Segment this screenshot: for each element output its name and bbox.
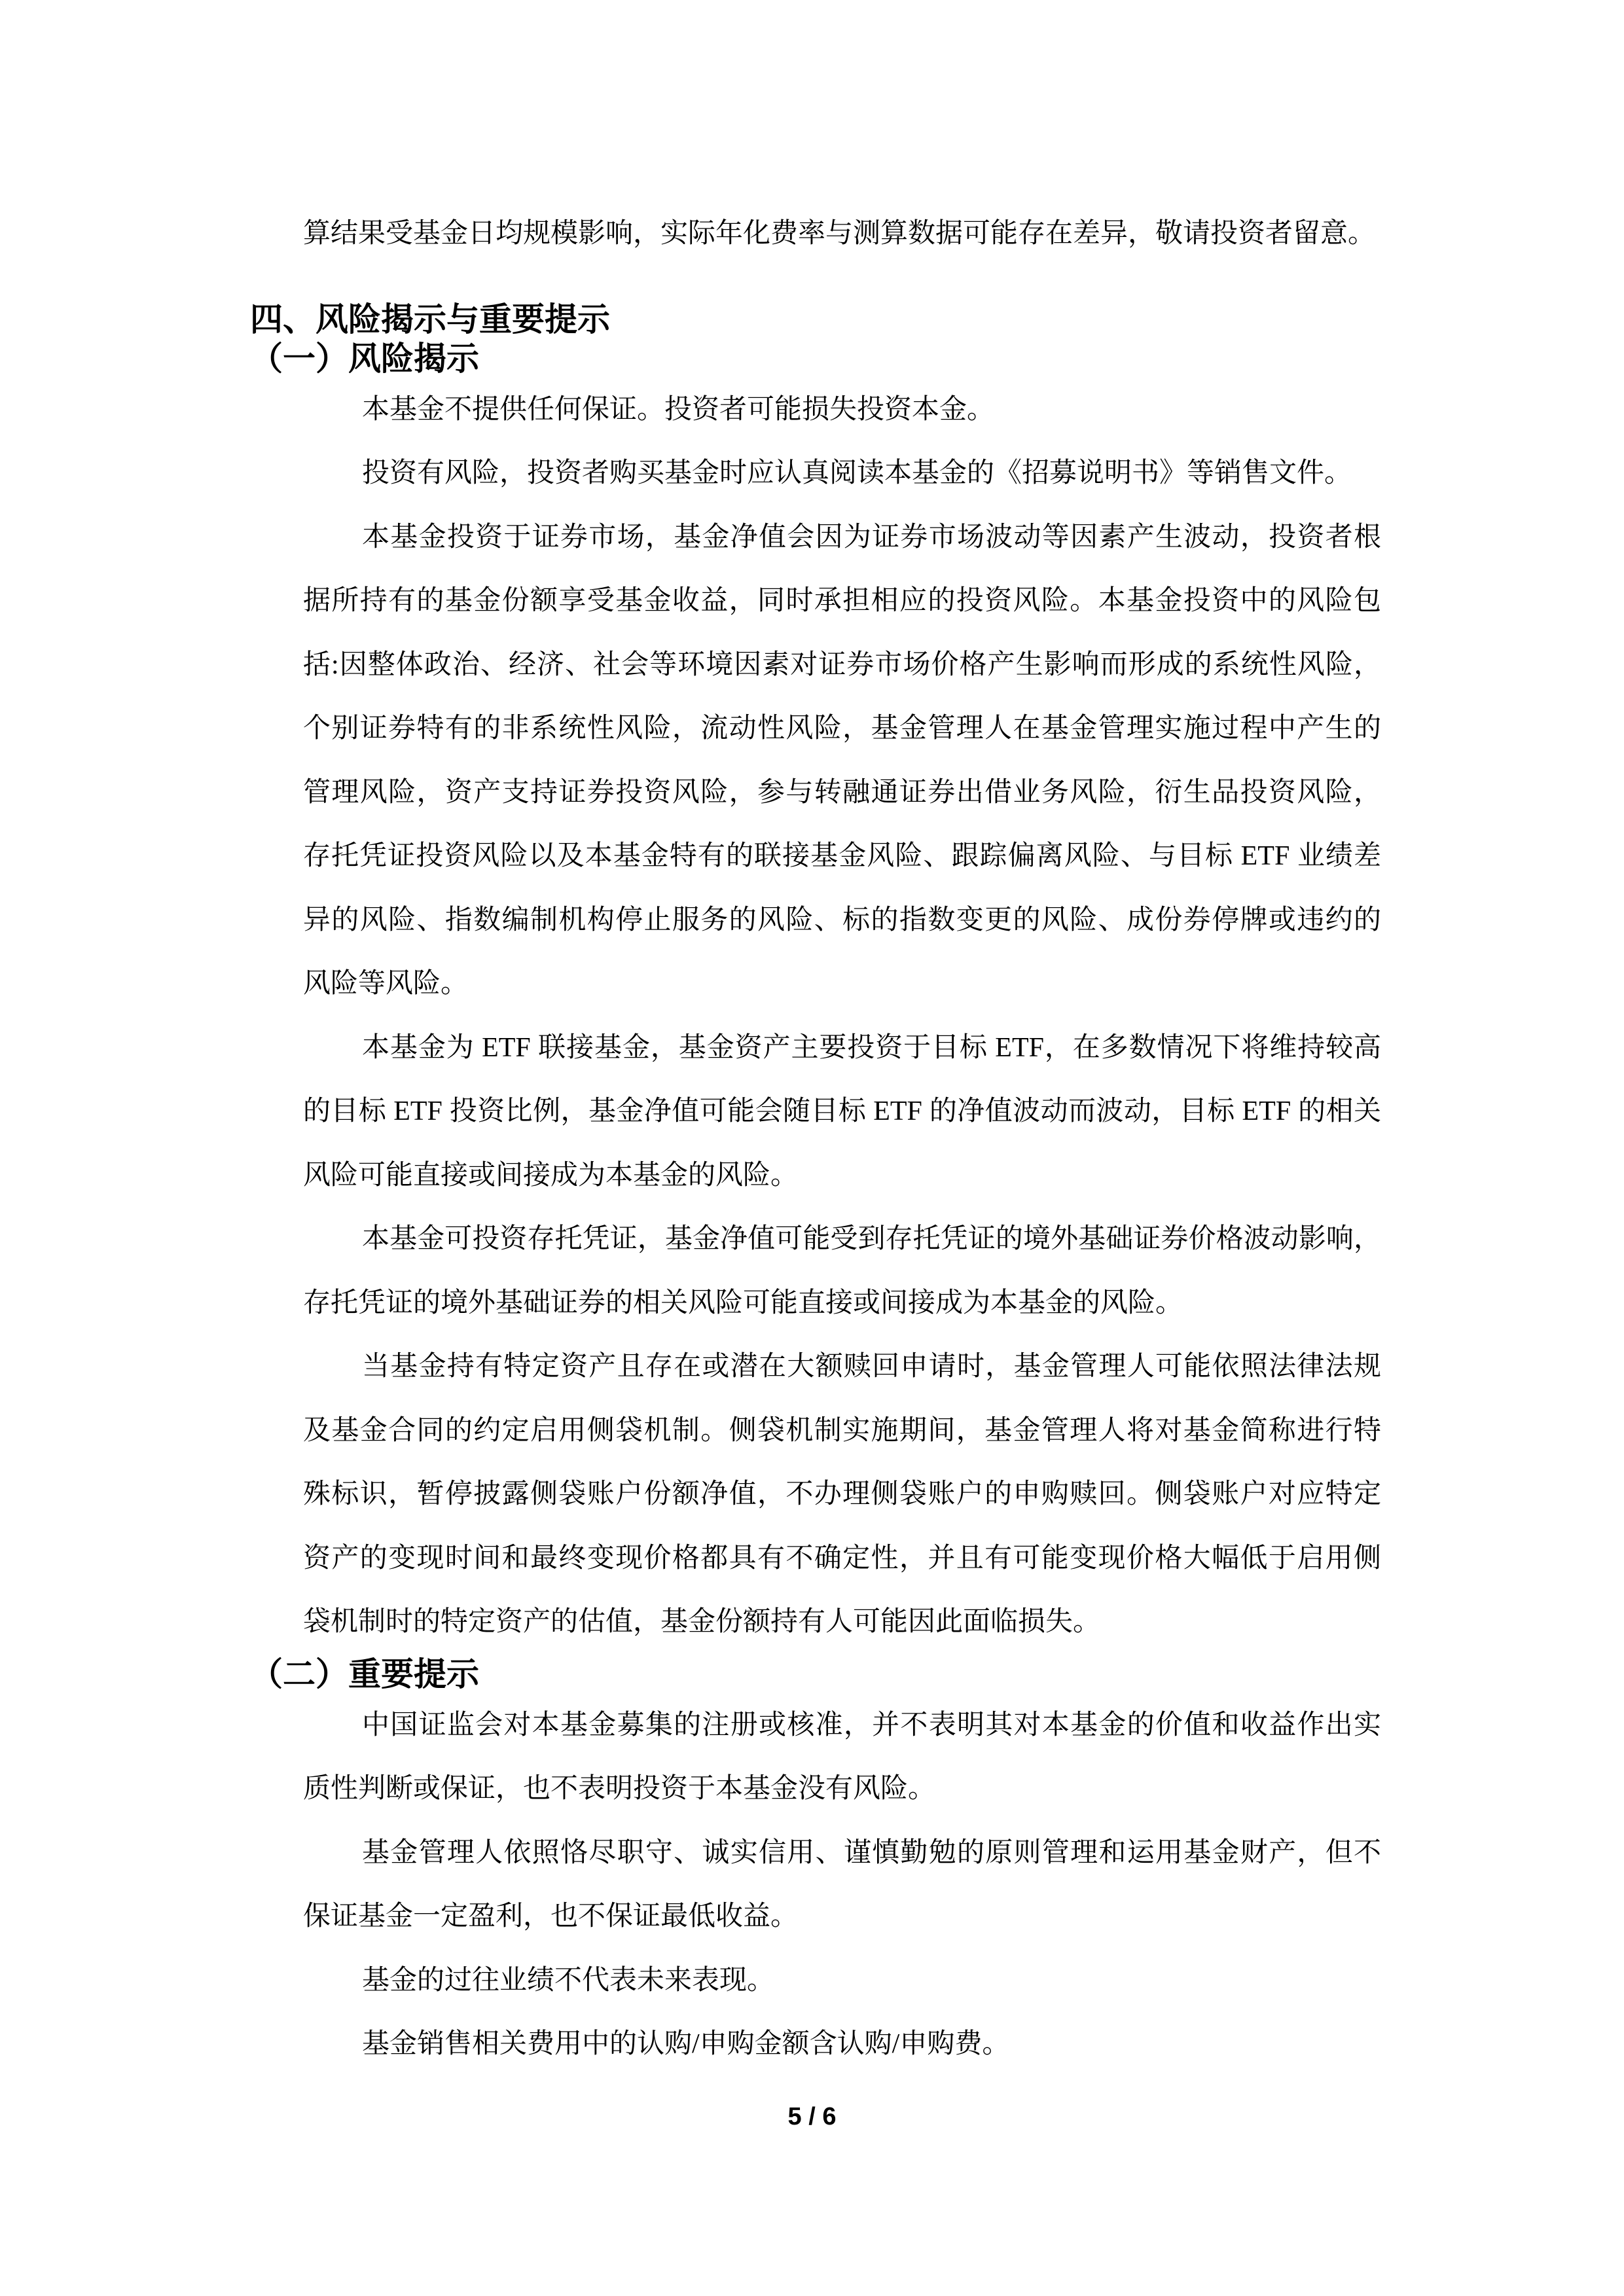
text-line: 管理风险，资产支持证券投资风险，参与转融通证券出借业务风险，衍生品投资风险， bbox=[250, 761, 1381, 825]
text-line: 括:因整体政治、经济、社会等环境因素对证券市场价格产生影响而形成的系统性风险， bbox=[250, 634, 1381, 698]
text-line: 本基金投资于证券市场，基金净值会因为证券市场波动等因素产生波动，投资者根 bbox=[250, 506, 1381, 570]
paragraph-continuation-line: 算结果受基金日均规模影响，实际年化费率与测算数据可能存在差异，敬请投资者留意。 bbox=[250, 202, 1381, 266]
text-line: 基金销售相关费用中的认购/申购金额含认购/申购费。 bbox=[250, 2013, 1381, 2077]
text-line: 基金管理人依照恪尽职守、诚实信用、谨慎勤勉的原则管理和运用基金财产，但不 bbox=[250, 1821, 1381, 1886]
text-line: 中国证监会对本基金募集的注册或核准，并不表明其对本基金的价值和收益作出实 bbox=[250, 1694, 1381, 1758]
text-line: 资产的变现时间和最终变现价格都具有不确定性，并且有可能变现价格大幅低于启用侧 bbox=[250, 1527, 1381, 1591]
text-line: 当基金持有特定资产且存在或潜在大额赎回申请时，基金管理人可能依照法律法规 bbox=[250, 1335, 1381, 1399]
text-line: 个别证券特有的非系统性风险，流动性风险，基金管理人在基金管理实施过程中产生的 bbox=[250, 697, 1381, 761]
text-line: 及基金合同的约定启用侧袋机制。侧袋机制实施期间，基金管理人将对基金简称进行特 bbox=[250, 1399, 1381, 1463]
document-content: 算结果受基金日均规模影响，实际年化费率与测算数据可能存在差异，敬请投资者留意。 … bbox=[250, 202, 1381, 2077]
text-line: 殊标识，暂停披露侧袋账户份额净值，不办理侧袋账户的申购赎回。侧袋账户对应特定 bbox=[250, 1463, 1381, 1527]
text-line: 本基金可投资存托凭证，基金净值可能受到存托凭证的境外基础证券价格波动影响， bbox=[250, 1208, 1381, 1272]
section-heading-risk-and-notice: 四、风险揭示与重要提示 bbox=[250, 300, 1381, 339]
text-line: 袋机制时的特定资产的估值，基金份额持有人可能因此面临损失。 bbox=[250, 1590, 1381, 1655]
text-line: 据所持有的基金份额享受基金收益，同时承担相应的投资风险。本基金投资中的风险包 bbox=[250, 569, 1381, 634]
text-line: 投资有风险，投资者购买基金时应认真阅读本基金的《招募说明书》等销售文件。 bbox=[250, 442, 1381, 506]
page-number: 5 / 6 bbox=[0, 2102, 1624, 2131]
risk-disclosure-text: 本基金不提供任何保证。投资者可能损失投资本金。投资有风险，投资者购买基金时应认真… bbox=[250, 378, 1381, 1655]
text-line: 风险可能直接或间接成为本基金的风险。 bbox=[250, 1144, 1381, 1208]
text-line: 本基金不提供任何保证。投资者可能损失投资本金。 bbox=[250, 378, 1381, 442]
text-line: 存托凭证的境外基础证券的相关风险可能直接或间接成为本基金的风险。 bbox=[250, 1272, 1381, 1336]
important-notice-text: 中国证监会对本基金募集的注册或核准，并不表明其对本基金的价值和收益作出实质性判断… bbox=[250, 1694, 1381, 2077]
text-line: 风险等风险。 bbox=[250, 952, 1381, 1016]
text-line: 异的风险、指数编制机构停止服务的风险、标的指数变更的风险、成份券停牌或违约的 bbox=[250, 889, 1381, 953]
text-line: 本基金为 ETF 联接基金，基金资产主要投资于目标 ETF，在多数情况下将维持较… bbox=[250, 1016, 1381, 1081]
text-line: 存托凭证投资风险以及本基金特有的联接基金风险、跟踪偏离风险、与目标 ETF 业绩… bbox=[250, 825, 1381, 889]
document-page: 算结果受基金日均规模影响，实际年化费率与测算数据可能存在差异，敬请投资者留意。 … bbox=[0, 0, 1624, 2296]
text-line: 质性判断或保证，也不表明投资于本基金没有风险。 bbox=[250, 1757, 1381, 1821]
text-line: 的目标 ETF 投资比例，基金净值可能会随目标 ETF 的净值波动而波动，目标 … bbox=[250, 1080, 1381, 1144]
subsection-heading-important-notice: （二）重要提示 bbox=[250, 1655, 1381, 1694]
text-line: 保证基金一定盈利，也不保证最低收益。 bbox=[250, 1885, 1381, 1949]
text-line: 基金的过往业绩不代表未来表现。 bbox=[250, 1949, 1381, 2013]
subsection-heading-risk-disclosure: （一）风险揭示 bbox=[250, 339, 1381, 378]
